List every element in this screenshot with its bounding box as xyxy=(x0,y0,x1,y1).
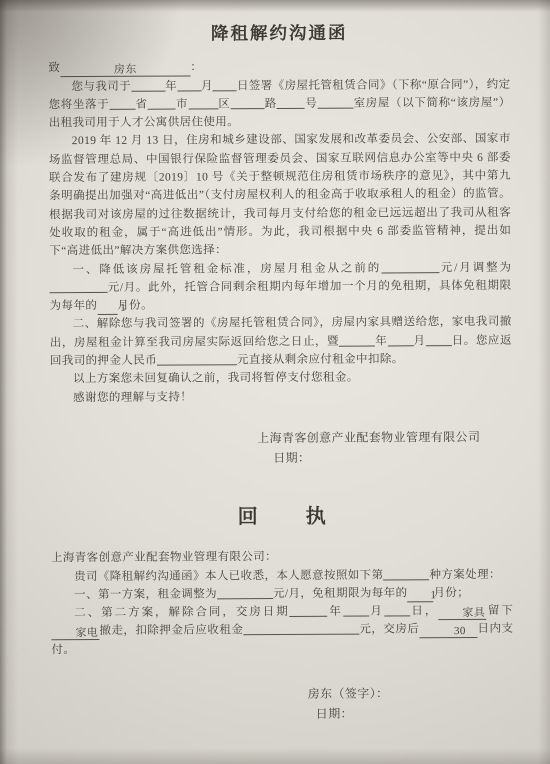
blank-field xyxy=(290,604,328,617)
blank-field xyxy=(339,333,375,346)
text-run: 一、降低该房屋托管租金标准，房屋月租金从之前的 xyxy=(72,262,381,276)
blank-field xyxy=(157,352,237,365)
text-run: 一、第一方案，租金调整为 xyxy=(74,588,217,601)
receipt-title: 回执 xyxy=(51,507,513,528)
document-content: 降租解约沟通函 致房东：您与我司于年月日签署《房屋托管租赁合同》（下称“原合同”… xyxy=(48,23,514,725)
blank-field xyxy=(188,96,218,109)
blank-field: 房东 xyxy=(60,64,190,78)
text-run: 撤走，扣除押金后应收租金 xyxy=(99,625,243,638)
paragraph: 以上方案您未回复确认之前，我司将暂停支付您租金。 xyxy=(50,368,512,389)
paragraph: 感谢您的理解与支持！ xyxy=(50,386,512,407)
text-run: 2019 年 12 月 13 日，住房和城乡建设部、国家发展和改革委员会、公安部… xyxy=(49,133,511,257)
blank-field: 30 xyxy=(419,625,477,638)
receipt-addressee: 上海青客创意产业配套物业管理有限公司： xyxy=(51,547,513,568)
blank-field xyxy=(50,280,108,293)
text-run: 省 xyxy=(135,99,147,111)
blank-field xyxy=(243,622,359,636)
blank-field xyxy=(383,567,429,580)
text-run: 留下 xyxy=(486,605,513,617)
blank-field xyxy=(230,96,264,109)
receipt-body: 贵司《降租解约沟通函》本人已收悉，本人愿意按照如下第种方案处理：一、第一方案，租… xyxy=(51,565,513,659)
receipt-date-label: 日期： xyxy=(308,703,389,723)
text-run: 以上方案您未回复确认之前，我司将暂停支付您租金。 xyxy=(73,372,359,385)
text-run: 致 xyxy=(48,62,60,74)
blank-field xyxy=(384,603,410,616)
text-run: 感谢您的理解与支持！ xyxy=(73,391,192,404)
text-run: 月份。 xyxy=(117,300,153,312)
receipt-signature-block: 房东（签字）： 日期： xyxy=(308,683,389,723)
letter-date-label: 日期： xyxy=(257,447,480,468)
letter-signature-block: 上海青客创意产业配套物业管理有限公司 日期： xyxy=(257,427,480,468)
blank-field xyxy=(343,604,369,617)
text-run: 月 xyxy=(413,335,425,347)
text-run: 日， xyxy=(410,605,439,617)
paragraph: 您与我司于年月日签署《房屋托管租赁合同》（下称“原合同”），约定您将坐落于省市区… xyxy=(48,75,510,132)
text-run: 号 xyxy=(305,98,317,110)
blank-field xyxy=(217,586,273,599)
text-run: 市 xyxy=(176,98,188,110)
text-run: 月 xyxy=(369,606,384,618)
text-run: 贵司《降租解约沟通函》本人已收悉，本人愿意按照如下第 xyxy=(74,569,383,583)
blank-field xyxy=(426,333,452,346)
paragraph: 一、第一方案，租金调整为元/月，免租期限为每年的1月份； xyxy=(51,584,513,605)
text-run: ： xyxy=(190,62,202,74)
text-run: 元直接从剩余应付租金中扣除。 xyxy=(237,353,404,366)
text-run: 二、第二方案，解除合同，交房日期 xyxy=(74,606,290,619)
blank-field xyxy=(213,78,237,91)
text-run: 年 xyxy=(328,606,343,618)
blank-field: 家具 xyxy=(438,607,486,620)
blank-field xyxy=(109,97,135,110)
text-run: 路 xyxy=(265,98,277,110)
paragraph: 贵司《降租解约沟通函》本人已收悉，本人愿意按照如下第种方案处理： xyxy=(51,565,513,586)
text-run: 元/月，免租期限为每年的 xyxy=(273,587,408,600)
letter-title: 降租解约沟通函 xyxy=(48,23,510,44)
photographed-document: 降租解约沟通函 致房东：您与我司于年月日签署《房屋托管租赁合同》（下称“原合同”… xyxy=(0,0,550,764)
company-name: 上海青客创意产业配套物业管理有限公司 xyxy=(257,427,480,448)
paragraph: 二、解除您与我司签署的《房屋托管租赁合同》，房屋内家具赠送给您，家电我司撤出，房… xyxy=(50,313,512,370)
blank-field: 家电 xyxy=(51,627,99,640)
paragraph: 二、第二方案，解除合同，交房日期年月日，家具留下家电撤走，扣除押金后应收租金元，… xyxy=(51,602,513,659)
text-run: 月 xyxy=(201,80,213,92)
text-run: 区 xyxy=(218,98,230,110)
blank-field xyxy=(131,78,165,91)
blank-field xyxy=(381,260,439,273)
text-run: 元/月调整为 xyxy=(439,261,511,273)
blank-field xyxy=(277,96,305,109)
letter-body: 致房东：您与我司于年月日签署《房屋托管租赁合同》（下称“原合同”），约定您将坐落… xyxy=(48,57,512,407)
paragraph: 致房东： xyxy=(48,57,510,78)
landlord-sign-label: 房东（签字）： xyxy=(308,683,389,703)
blank-field: 1 xyxy=(97,302,117,315)
blank-field: 1 xyxy=(407,589,433,602)
blank-field xyxy=(387,333,413,346)
text-run: 元，交房后 xyxy=(359,624,419,636)
paragraph: 一、降低该房屋托管租金标准，房屋月租金从之前的元/月调整为元/月。此外，托管合同… xyxy=(49,258,511,315)
text-run: 年 xyxy=(375,335,387,347)
paragraph: 2019 年 12 月 13 日，住房和城乡建设部、国家发展和改革委员会、公安部… xyxy=(49,130,512,260)
text-run: 月份； xyxy=(433,587,469,599)
text-run: 您与我司于 xyxy=(71,80,131,92)
blank-field xyxy=(177,78,201,91)
text-run: 种方案处理： xyxy=(429,568,500,580)
text-run: 年 xyxy=(165,80,177,92)
blank-field xyxy=(148,96,176,109)
blank-field xyxy=(317,96,353,109)
